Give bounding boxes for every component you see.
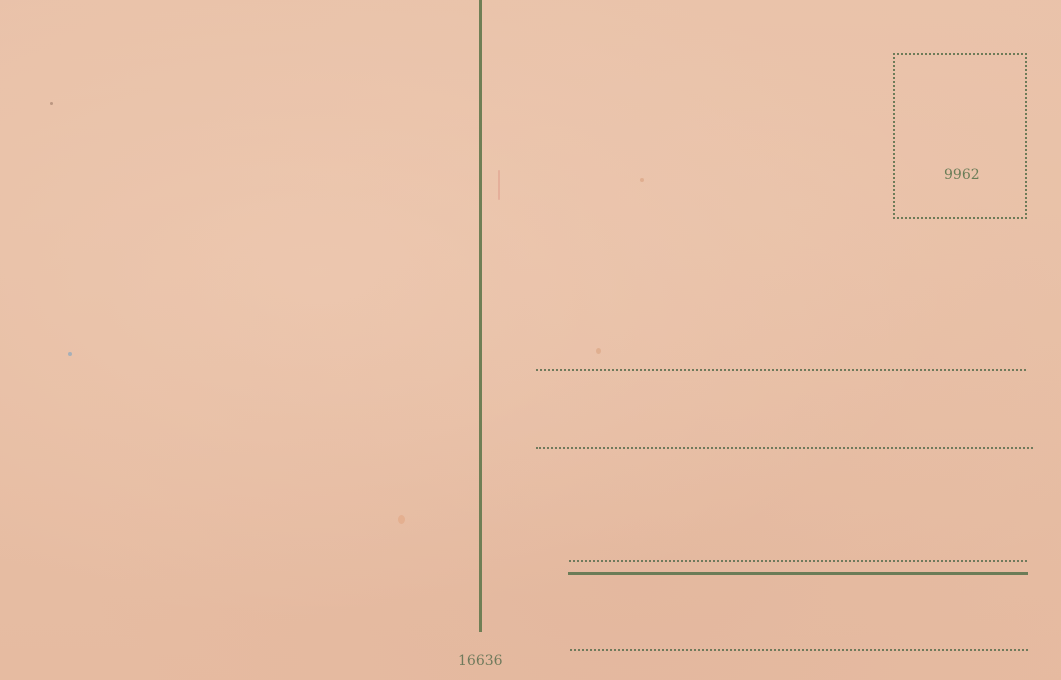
center-divider-line (479, 0, 482, 632)
address-line-1 (536, 369, 1026, 371)
postcard-back: 9962 16636 (0, 0, 1061, 680)
paper-speck (498, 170, 500, 200)
card-print-number: 16636 (458, 653, 503, 669)
address-line-2 (536, 447, 1033, 449)
address-line-4 (570, 649, 1028, 651)
address-line-solid (568, 572, 1028, 575)
address-line-3 (569, 560, 1027, 562)
stamp-placement-box: 9962 (893, 53, 1027, 219)
paper-speck (50, 102, 53, 105)
paper-speck (640, 178, 644, 182)
stamp-box-number: 9962 (944, 167, 980, 183)
paper-speck (596, 348, 601, 354)
paper-speck (68, 352, 72, 356)
paper-speck (398, 515, 405, 524)
